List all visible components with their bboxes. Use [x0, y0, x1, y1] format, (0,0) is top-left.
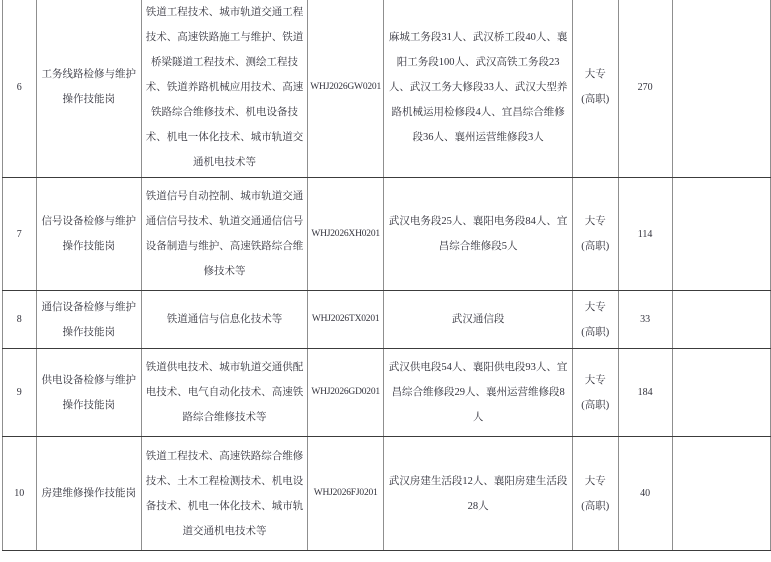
- screenshot-root: 6 工务线路检修与维护操作技能岗 铁道工程技术、城市轨道交通工程技术、高速铁路施…: [0, 0, 771, 562]
- cell-locations: 麻城工务段31人、武汉桥工段40人、襄阳工务段100人、武汉高铁工务段23人、武…: [384, 0, 573, 178]
- table-row: 7 信号设备检修与维护操作技能岗 铁道信号自动控制、城市轨道交通通信信号技术、轨…: [3, 178, 771, 291]
- education-type: (高职): [573, 234, 617, 259]
- education-type: (高职): [573, 87, 617, 112]
- cell-count: 40: [618, 437, 672, 551]
- cell-majors: 铁道工程技术、城市轨道交通工程技术、高速铁路施工与维护、铁道桥梁隧道工程技术、测…: [141, 0, 307, 178]
- cell-code: WHJ2026XH0201: [308, 178, 384, 291]
- cell-row-number: 10: [3, 437, 37, 551]
- recruitment-table: 6 工务线路检修与维护操作技能岗 铁道工程技术、城市轨道交通工程技术、高速铁路施…: [2, 0, 771, 551]
- cell-position: 工务线路检修与维护操作技能岗: [36, 0, 141, 178]
- cell-education: 大专 (高职): [573, 437, 618, 551]
- cell-locations: 武汉供电段54人、襄阳供电段93人、宜昌综合维修段29人、襄州运营维修段8人: [384, 349, 573, 437]
- cell-count: 114: [618, 178, 672, 291]
- education-level: 大专: [573, 62, 617, 87]
- cell-locations: 武汉通信段: [384, 291, 573, 349]
- cell-locations: 武汉房建生活段12人、襄阳房建生活段28人: [384, 437, 573, 551]
- cell-row-number: 8: [3, 291, 37, 349]
- education-level: 大专: [573, 469, 617, 494]
- education-type: (高职): [573, 393, 617, 418]
- education-level: 大专: [573, 368, 617, 393]
- cell-row-number: 6: [3, 0, 37, 178]
- cell-count: 270: [618, 0, 672, 178]
- cell-row-number: 9: [3, 349, 37, 437]
- cell-empty: [672, 291, 770, 349]
- cell-position: 通信设备检修与维护操作技能岗: [36, 291, 141, 349]
- cell-position: 供电设备检修与维护操作技能岗: [36, 349, 141, 437]
- cell-majors: 铁道供电技术、城市轨道交通供配电技术、电气自动化技术、高速铁路综合维修技术等: [141, 349, 307, 437]
- cell-position: 信号设备检修与维护操作技能岗: [36, 178, 141, 291]
- cell-education: 大专 (高职): [573, 291, 618, 349]
- cell-code: WHJ2026GD0201: [308, 349, 384, 437]
- cell-majors: 铁道信号自动控制、城市轨道交通通信信号技术、轨道交通通信信号设备制造与维护、高速…: [141, 178, 307, 291]
- table-row: 9 供电设备检修与维护操作技能岗 铁道供电技术、城市轨道交通供配电技术、电气自动…: [3, 349, 771, 437]
- cell-code: WHJ2026TX0201: [308, 291, 384, 349]
- education-type: (高职): [573, 320, 617, 345]
- cell-code: WHJ2026FJ0201: [308, 437, 384, 551]
- cell-empty: [672, 349, 770, 437]
- education-level: 大专: [573, 295, 617, 320]
- cell-majors: 铁道通信与信息化技术等: [141, 291, 307, 349]
- cell-empty: [672, 0, 770, 178]
- table-row: 6 工务线路检修与维护操作技能岗 铁道工程技术、城市轨道交通工程技术、高速铁路施…: [3, 0, 771, 178]
- table-row: 10 房建维修操作技能岗 铁道工程技术、高速铁路综合维修技术、土木工程检测技术、…: [3, 437, 771, 551]
- cell-code: WHJ2026GW0201: [308, 0, 384, 178]
- cell-empty: [672, 437, 770, 551]
- cell-empty: [672, 178, 770, 291]
- education-level: 大专: [573, 209, 617, 234]
- cell-education: 大专 (高职): [573, 0, 618, 178]
- cell-position: 房建维修操作技能岗: [36, 437, 141, 551]
- cell-majors: 铁道工程技术、高速铁路综合维修技术、土木工程检测技术、机电设备技术、机电一体化技…: [141, 437, 307, 551]
- cell-row-number: 7: [3, 178, 37, 291]
- cell-locations: 武汉电务段25人、襄阳电务段84人、宜昌综合维修段5人: [384, 178, 573, 291]
- table-row: 8 通信设备检修与维护操作技能岗 铁道通信与信息化技术等 WHJ2026TX02…: [3, 291, 771, 349]
- cell-count: 33: [618, 291, 672, 349]
- cell-education: 大专 (高职): [573, 178, 618, 291]
- cell-education: 大专 (高职): [573, 349, 618, 437]
- cell-count: 184: [618, 349, 672, 437]
- education-type: (高职): [573, 494, 617, 519]
